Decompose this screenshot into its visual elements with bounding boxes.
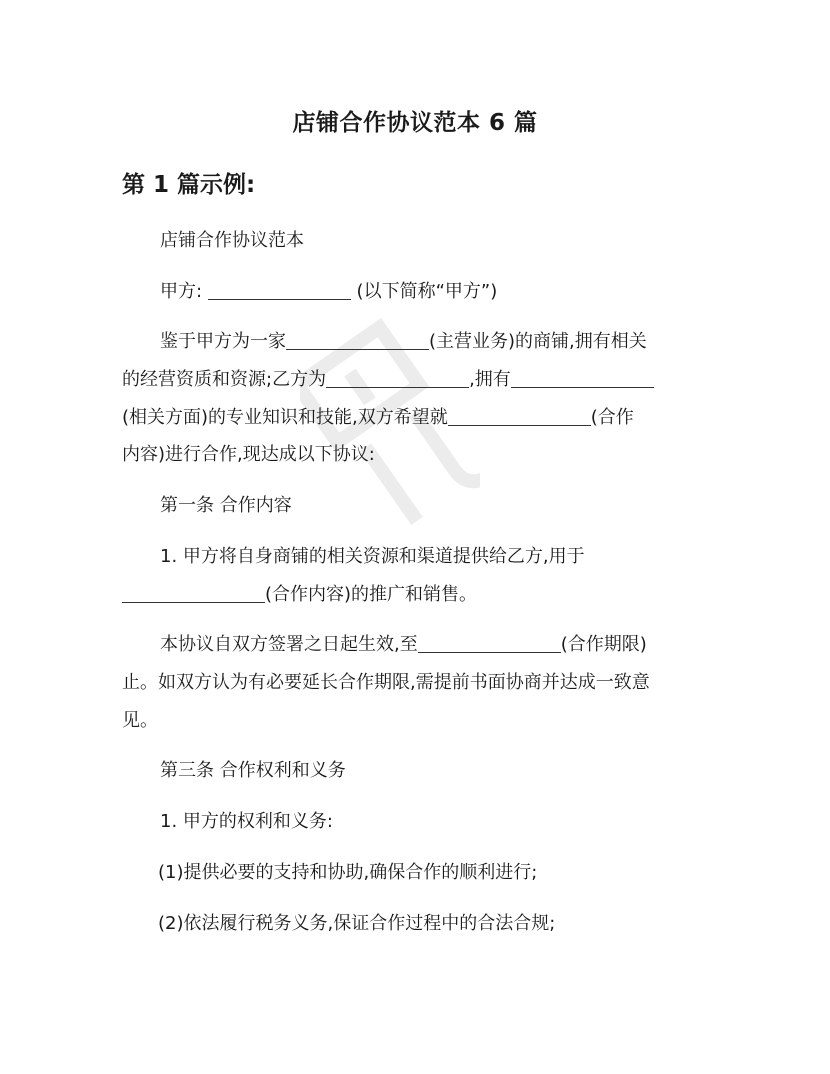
expertise-blank[interactable]	[511, 369, 654, 388]
text: (合作内容)的推广和销售。	[265, 584, 477, 605]
document-page: 店铺合作协议范本 6 篇 第 1 篇示例: 店铺合作协议范本 甲方: (以下简称…	[0, 0, 830, 1074]
text: (合作	[591, 407, 634, 428]
cooperation-content-blank[interactable]	[122, 584, 265, 603]
term-line-3: 见。	[122, 709, 704, 733]
doc-subtitle: 店铺合作协议范本	[160, 229, 704, 253]
text: 鉴于甲方为一家	[160, 331, 286, 352]
term-line-1: 本协议自双方签署之日起生效,至(合作期限)	[160, 633, 704, 657]
article-1-item-1-cont: (合作内容)的推广和销售。	[122, 583, 704, 607]
preamble-line-4: 内容)进行合作,现达成以下协议:	[122, 443, 704, 467]
cooperation-blank[interactable]	[448, 407, 591, 426]
section-heading: 第 1 篇示例:	[122, 166, 255, 199]
article-3-item-1: (1)提供必要的支持和协助,确保合作的顺利进行;	[158, 861, 740, 885]
party-a-label: 甲方:	[160, 281, 202, 302]
text: ,拥有	[469, 369, 511, 390]
preamble-line-1: 鉴于甲方为一家(主营业务)的商铺,拥有相关	[160, 330, 704, 354]
party-a-line: 甲方: (以下简称“甲方”)	[160, 280, 704, 304]
text: 本协议自双方签署之日起生效,至	[160, 634, 418, 655]
article-1-item-1: 1. 甲方将自身商铺的相关资源和渠道提供给乙方,用于	[160, 545, 704, 569]
article-3-heading: 第三条 合作权利和义务	[160, 759, 704, 783]
preamble-line-2: 的经营资质和资源;乙方为,拥有	[122, 368, 704, 392]
party-a-blank[interactable]	[208, 281, 351, 300]
term-blank[interactable]	[418, 634, 561, 653]
article-3-item-2: (2)依法履行税务义务,保证合作过程中的合法合规;	[158, 912, 740, 936]
article-3-sub-1: 1. 甲方的权利和义务:	[160, 810, 704, 834]
party-b-blank[interactable]	[326, 369, 469, 388]
main-business-blank[interactable]	[286, 331, 429, 350]
text: (相关方面)的专业知识和技能,双方希望就	[122, 407, 448, 428]
term-line-2: 止。如双方认为有必要延长合作期限,需提前书面协商并达成一致意	[122, 671, 704, 695]
text: (合作期限)	[561, 634, 647, 655]
preamble-line-3: (相关方面)的专业知识和技能,双方希望就(合作	[122, 406, 704, 430]
document-title: 店铺合作协议范本 6 篇	[0, 104, 830, 137]
text: (主营业务)的商铺,拥有相关	[429, 331, 647, 352]
party-a-suffix: (以下简称“甲方”)	[357, 281, 498, 302]
article-1-heading: 第一条 合作内容	[160, 494, 704, 518]
text: 的经营资质和资源;乙方为	[122, 369, 326, 390]
